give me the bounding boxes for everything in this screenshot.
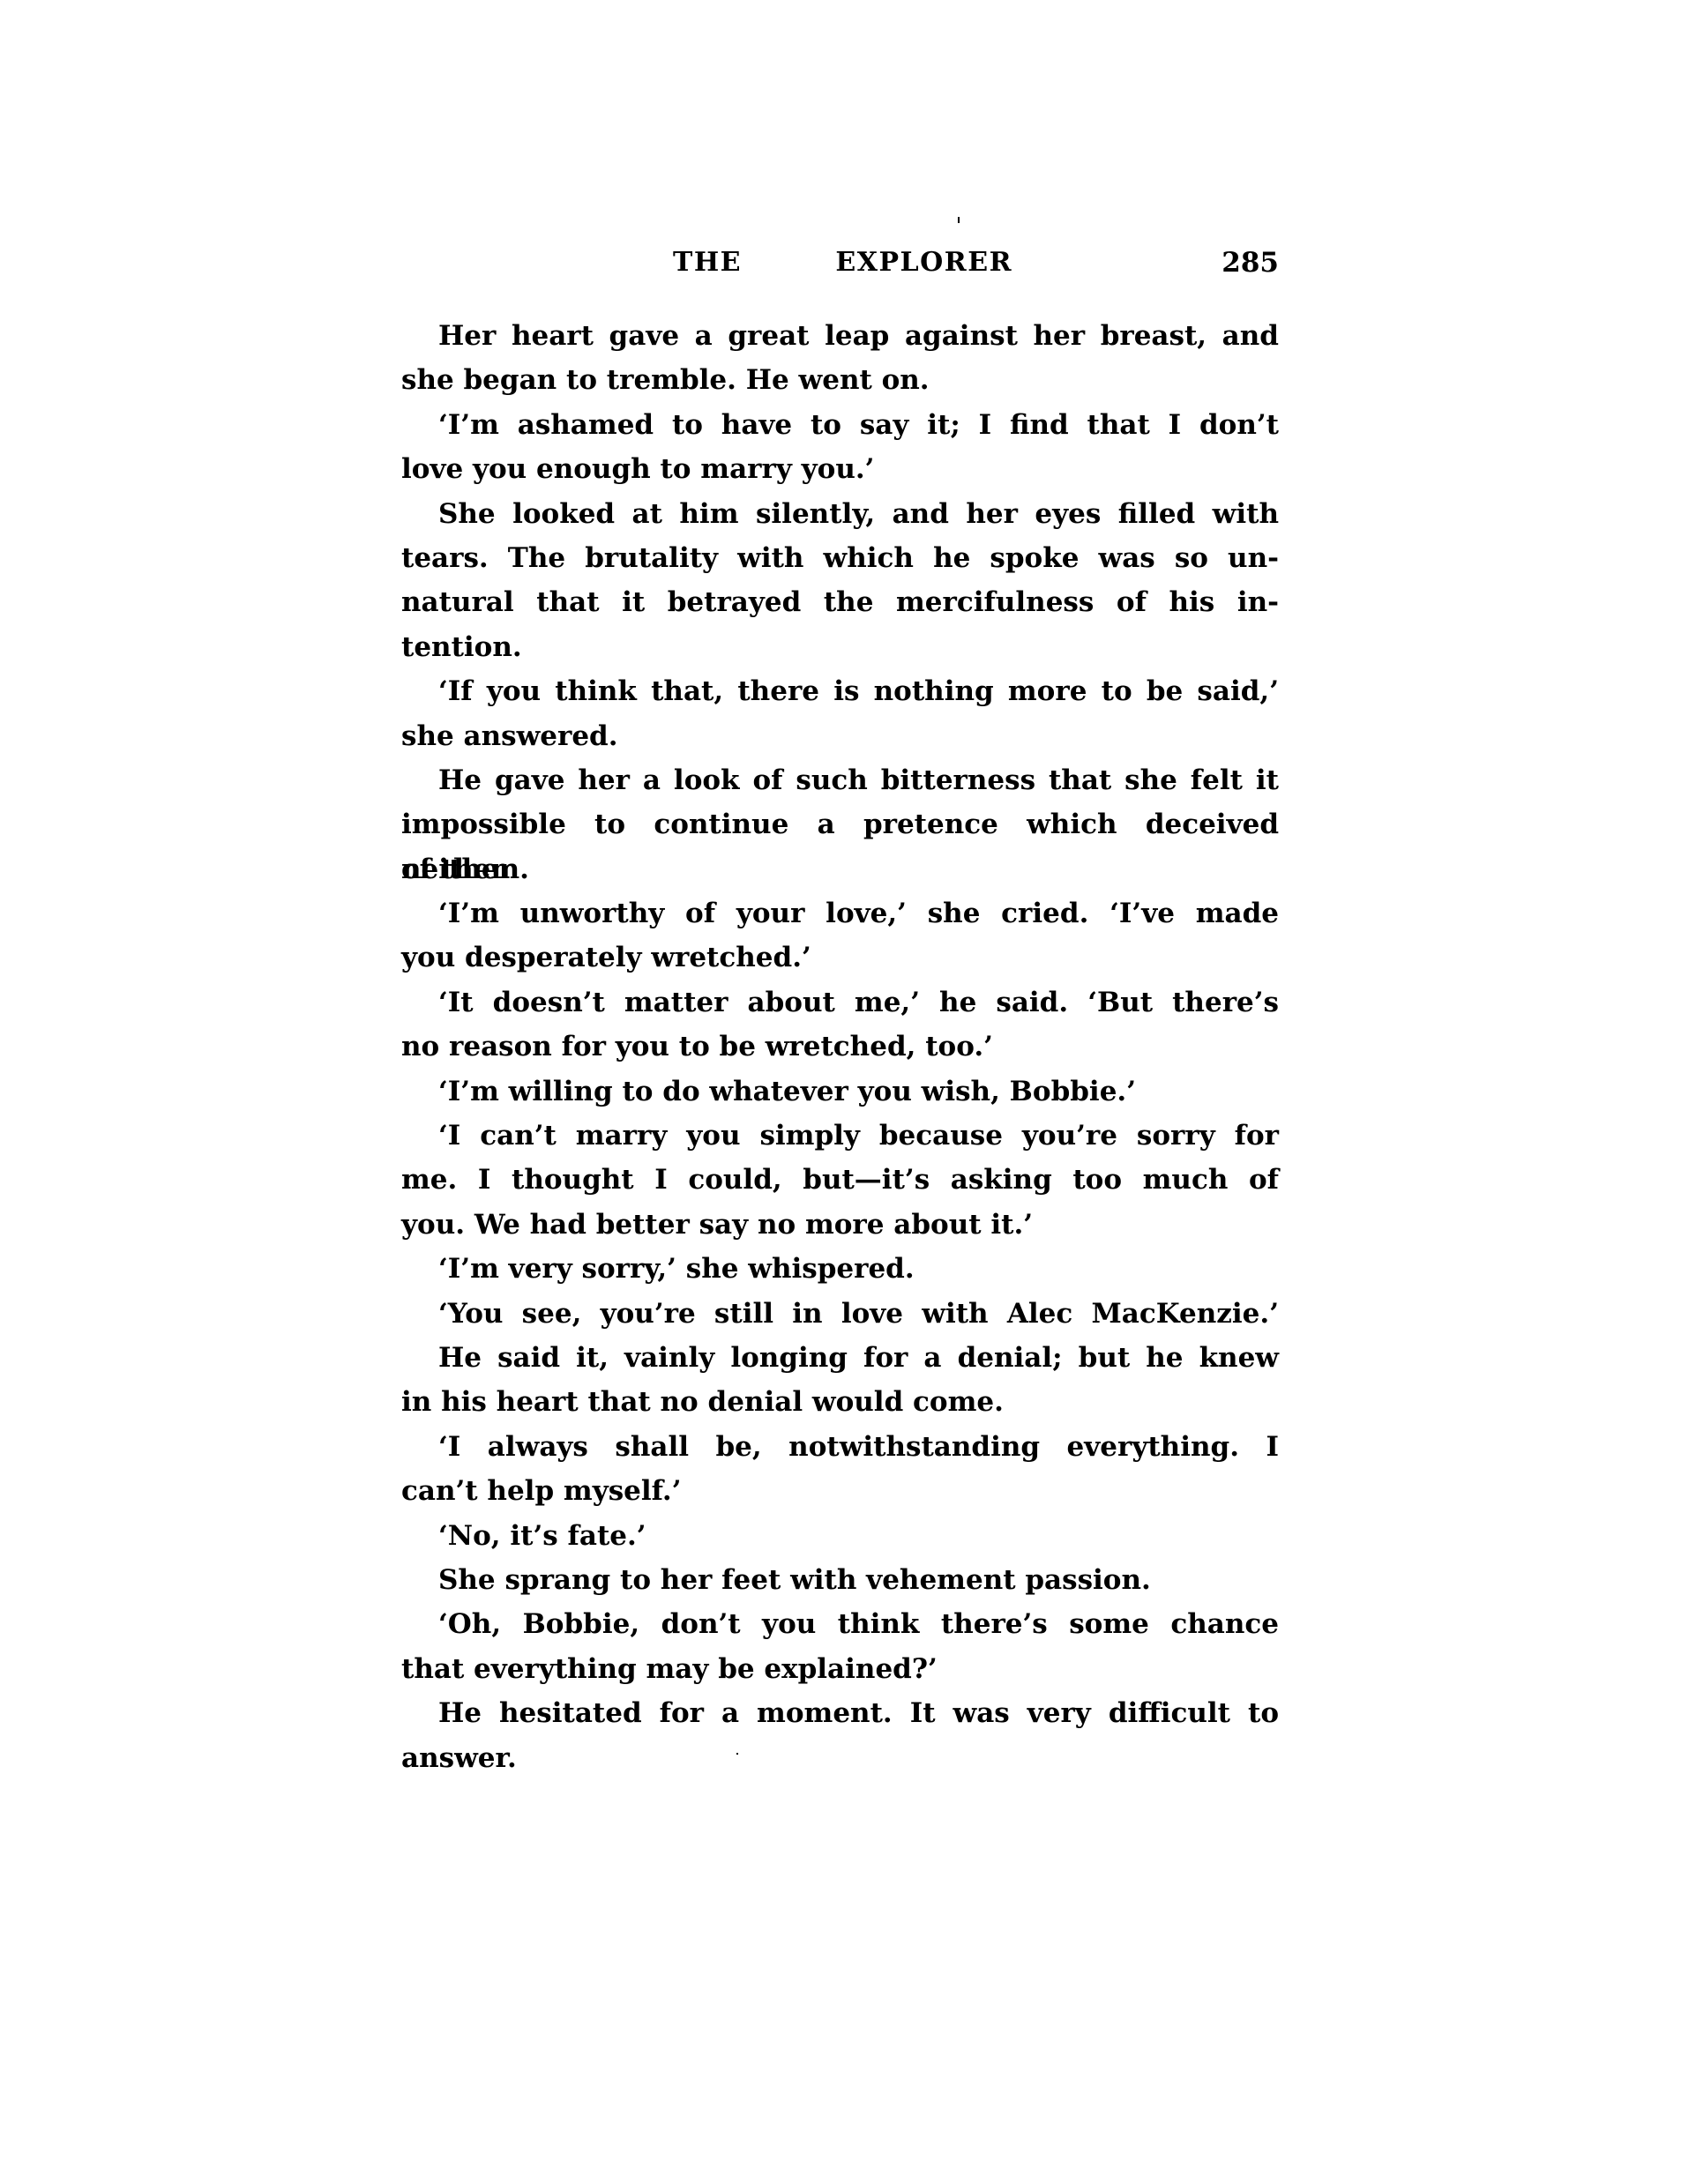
text-line: ‘If you think that, there is nothing mor… [401, 669, 1279, 713]
text-line: He hesitated for a moment. It was very d… [401, 1691, 1279, 1735]
text-line: ‘I always shall be, notwithstanding ever… [401, 1425, 1279, 1469]
text-line: ‘I can’t marry you simply because you’re… [401, 1114, 1279, 1158]
text-line: that everything may be explained?’ [401, 1647, 1279, 1691]
book-page: THE EXPLORER 285 Her heart gave a great … [0, 0, 1681, 2184]
text-line: She sprang to her feet with vehement pas… [401, 1558, 1279, 1602]
text-line: tention. [401, 625, 1279, 669]
text-line: she began to tremble. He went on. [401, 358, 1279, 402]
text-line: you desperately wretched.’ [401, 935, 1279, 980]
text-line: of them. [401, 847, 1279, 891]
text-line: answer. [401, 1736, 1279, 1780]
text-line: me. I thought I could, but—it’s asking t… [401, 1158, 1279, 1202]
text-line: ‘You see, you’re still in love with Alec… [401, 1292, 1279, 1336]
text-line: she answered. [401, 714, 1279, 758]
text-line: He said it, vainly longing for a denial;… [401, 1336, 1279, 1380]
text-line: ‘I’m ashamed to have to say it; I find t… [401, 403, 1279, 447]
running-title: THE EXPLORER [673, 245, 1012, 280]
text-line: ‘No, it’s fate.’ [401, 1514, 1279, 1558]
text-line: ‘I’m very sorry,’ she whispered. [401, 1247, 1279, 1291]
page-number: 285 [1222, 245, 1279, 280]
text-line: ‘I’m unworthy of your love,’ she cried. … [401, 891, 1279, 935]
text-line: ‘Oh, Bobbie, don’t you think there’s som… [401, 1602, 1279, 1646]
printer-tick-mark [958, 217, 960, 223]
text-line: in his heart that no denial would come. [401, 1380, 1279, 1424]
text-line: impossible to continue a pretence which … [401, 802, 1279, 846]
text-line: He gave her a look of such bitterness th… [401, 758, 1279, 802]
text-line: She looked at him silently, and her eyes… [401, 492, 1279, 536]
text-line: tears. The brutality with which he spoke… [401, 536, 1279, 580]
text-line: natural that it betrayed the mercifulnes… [401, 580, 1279, 624]
print-speck [736, 1753, 738, 1755]
text-line: love you enough to marry you.’ [401, 447, 1279, 491]
body-text: Her heart gave a great leap against her … [401, 314, 1279, 1780]
text-line: ‘I’m willing to do whatever you wish, Bo… [401, 1070, 1279, 1114]
running-head: THE EXPLORER 285 [401, 245, 1279, 280]
text-line: you. We had better say no more about it.… [401, 1203, 1279, 1247]
text-line: Her heart gave a great leap against her … [401, 314, 1279, 358]
text-line: can’t help myself.’ [401, 1469, 1279, 1513]
text-line: no reason for you to be wretched, too.’ [401, 1025, 1279, 1069]
text-line: ‘It doesn’t matter about me,’ he said. ‘… [401, 980, 1279, 1025]
